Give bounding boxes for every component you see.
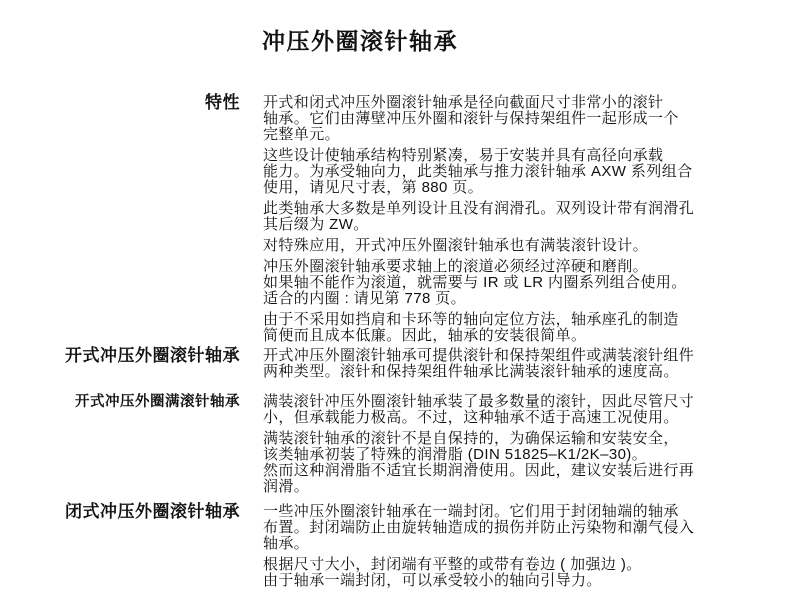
section-body: 一些冲压外圈滚针轴承在一端封闭。它们用于封闭轴端的轴承布置。封闭端防止由旋转轴造… bbox=[263, 504, 763, 589]
section-body: 开式和闭式冲压外圈滚针轴承是径向截面尺寸非常小的滚针轴承。它们由薄壁冲压外圈和滚… bbox=[263, 95, 763, 344]
paragraph: 此类轴承大多数是单列设计且没有润滑孔。双列设计带有润滑孔其后缀为 ZW。 bbox=[263, 201, 763, 233]
text-line: 小，但承载能力极高。不过，这种轴承不适于高速工况使用。 bbox=[263, 410, 763, 426]
paragraph: 对特殊应用，开式冲压外圈滚针轴承也有满装滚针设计。 bbox=[263, 238, 763, 254]
catalog-page: 冲压外圈滚针轴承 特性开式和闭式冲压外圈滚针轴承是径向截面尺寸非常小的滚针轴承。… bbox=[0, 0, 790, 600]
text-line: 简便而且成本低廉。因此，轴承的安装很简单。 bbox=[263, 328, 763, 344]
text-line: 该类轴承初装了特殊的润滑脂 (DIN 51825–K1/2K–30)。 bbox=[263, 447, 763, 463]
text-line: 两种类型。滚针和保持架组件轴承比满装滚针轴承的速度高。 bbox=[263, 364, 763, 380]
text-line: 开式和闭式冲压外圈滚针轴承是径向截面尺寸非常小的滚针 bbox=[263, 95, 763, 111]
text-line: 由于轴承一端封闭，可以承受较小的轴向引导力。 bbox=[263, 573, 763, 589]
paragraph: 一些冲压外圈滚针轴承在一端封闭。它们用于封闭轴端的轴承布置。封闭端防止由旋转轴造… bbox=[263, 504, 763, 552]
paragraph: 满装滚针冲压外圈滚针轴承装了最多数量的滚针，因此尽管尺寸小，但承载能力极高。不过… bbox=[263, 394, 763, 426]
text-line: 能力。为承受轴向力，此类轴承与推力滚针轴承 AXW 系列组合 bbox=[263, 164, 763, 180]
section-label: 特性 bbox=[0, 94, 240, 111]
paragraph: 满装滚针轴承的滚针不是自保持的，为确保运输和安装安全，该类轴承初装了特殊的润滑脂… bbox=[263, 431, 763, 495]
text-line: 由于不采用如挡肩和卡环等的轴向定位方法，轴承座孔的制造 bbox=[263, 312, 763, 328]
text-line: 满装滚针轴承的滚针不是自保持的，为确保运输和安装安全， bbox=[263, 431, 763, 447]
paragraph: 开式和闭式冲压外圈滚针轴承是径向截面尺寸非常小的滚针轴承。它们由薄壁冲压外圈和滚… bbox=[263, 95, 763, 143]
section-label: 开式冲压外圈滚针轴承 bbox=[0, 347, 240, 364]
section-body: 满装滚针冲压外圈滚针轴承装了最多数量的滚针，因此尽管尺寸小，但承载能力极高。不过… bbox=[263, 394, 763, 495]
text-line: 冲压外圈滚针轴承要求轴上的滚道必须经过淬硬和磨削。 bbox=[263, 259, 763, 275]
page-title: 冲压外圈滚针轴承 bbox=[262, 27, 458, 55]
section-label: 开式冲压外圈满滚针轴承 bbox=[0, 394, 240, 410]
text-line: 其后缀为 ZW。 bbox=[263, 217, 763, 233]
text-line: 轴承。 bbox=[263, 536, 763, 552]
text-line: 一些冲压外圈滚针轴承在一端封闭。它们用于封闭轴端的轴承 bbox=[263, 504, 763, 520]
text-line: 布置。封闭端防止由旋转轴造成的损伤并防止污染物和潮气侵入 bbox=[263, 520, 763, 536]
text-line: 使用，请见尺寸表，第 880 页。 bbox=[263, 180, 763, 196]
paragraph: 冲压外圈滚针轴承要求轴上的滚道必须经过淬硬和磨削。如果轴不能作为滚道，就需要与 … bbox=[263, 259, 763, 307]
text-line: 轴承。它们由薄壁冲压外圈和滚针与保持架组件一起形成一个 bbox=[263, 111, 763, 127]
text-line: 满装滚针冲压外圈滚针轴承装了最多数量的滚针，因此尽管尺寸 bbox=[263, 394, 763, 410]
text-line: 润滑。 bbox=[263, 479, 763, 495]
text-line: 这些设计使轴承结构特别紧凑，易于安装并具有高径向承载 bbox=[263, 148, 763, 164]
section-body: 开式冲压外圈滚针轴承可提供滚针和保持架组件或满装滚针组件两种类型。滚针和保持架组… bbox=[263, 348, 763, 380]
paragraph: 开式冲压外圈滚针轴承可提供滚针和保持架组件或满装滚针组件两种类型。滚针和保持架组… bbox=[263, 348, 763, 380]
paragraph: 由于不采用如挡肩和卡环等的轴向定位方法，轴承座孔的制造简便而且成本低廉。因此，轴… bbox=[263, 312, 763, 344]
text-line: 适合的内圈 : 请见第 778 页。 bbox=[263, 291, 763, 307]
text-line: 此类轴承大多数是单列设计且没有润滑孔。双列设计带有润滑孔 bbox=[263, 201, 763, 217]
text-line: 根据尺寸大小，封闭端有平整的或带有卷边 ( 加强边 )。 bbox=[263, 557, 763, 573]
text-line: 对特殊应用，开式冲压外圈滚针轴承也有满装滚针设计。 bbox=[263, 238, 763, 254]
paragraph: 这些设计使轴承结构特别紧凑，易于安装并具有高径向承载能力。为承受轴向力，此类轴承… bbox=[263, 148, 763, 196]
section-label: 闭式冲压外圈滚针轴承 bbox=[0, 503, 240, 520]
text-line: 如果轴不能作为滚道，就需要与 IR 或 LR 内圈系列组合使用。 bbox=[263, 275, 763, 291]
paragraph: 根据尺寸大小，封闭端有平整的或带有卷边 ( 加强边 )。由于轴承一端封闭，可以承… bbox=[263, 557, 763, 589]
text-line: 完整单元。 bbox=[263, 127, 763, 143]
text-line: 开式冲压外圈滚针轴承可提供滚针和保持架组件或满装滚针组件 bbox=[263, 348, 763, 364]
text-line: 然而这种润滑脂不适宜长期润滑使用。因此，建议安装后进行再 bbox=[263, 463, 763, 479]
